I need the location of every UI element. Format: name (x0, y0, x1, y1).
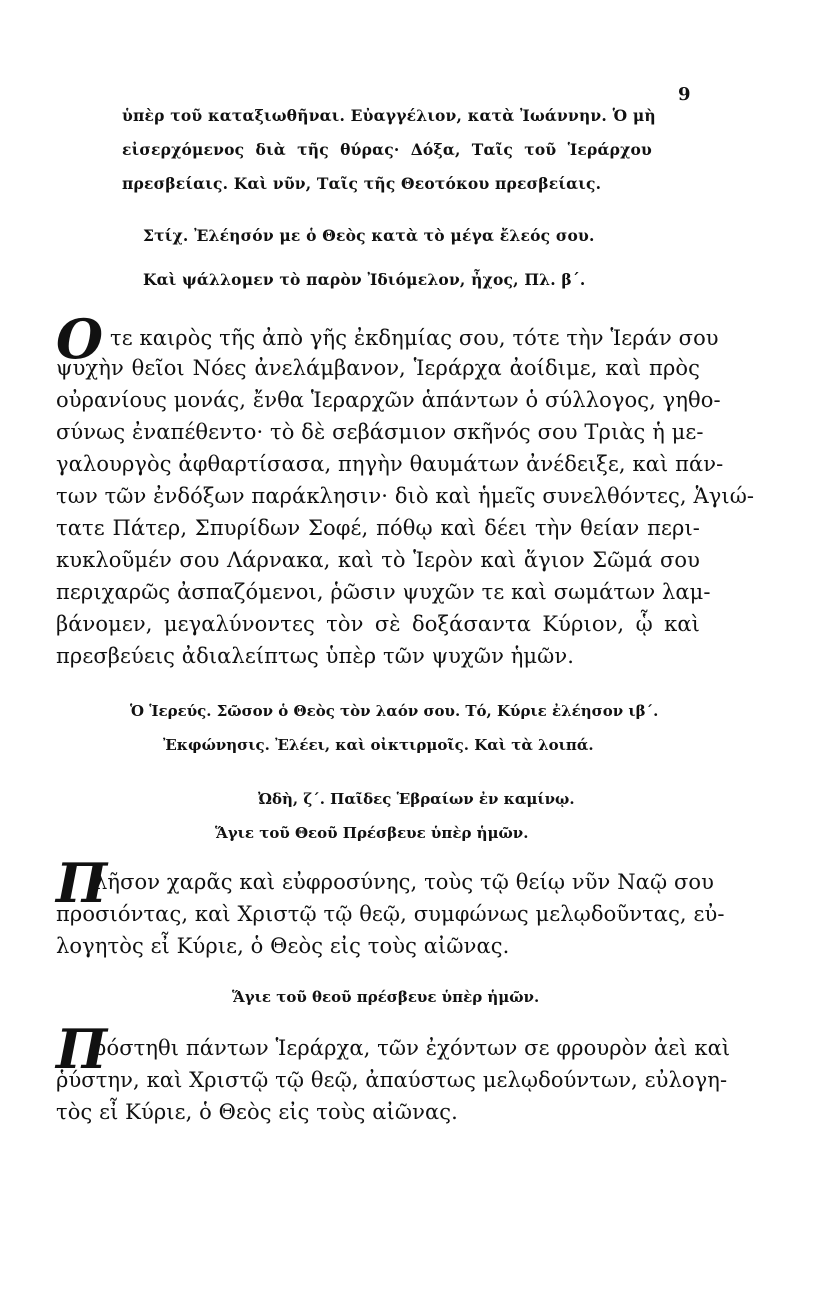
hymn3-line-1: ρόστηθι πάντων Ἱεράρχα, τῶν ἐχόντων σε φ… (94, 1036, 700, 1060)
hymn2-line-1: λῆσον χαρᾶς καὶ εὐφροσύνης, τοὺς τῷ θείῳ… (94, 870, 700, 894)
hymn2-line-3: λογητὸς εἶ Κύριε, ὁ Θεὸς εἰς τοὺς αἰῶνας… (56, 934, 509, 958)
hymn1-line-1: τε καιρὸς τῆς ἀπὸ γῆς ἐκδημίας σου, τότε… (110, 326, 700, 350)
hymn1-line-8: κυκλοῦμέν σου Λάρνακα, καὶ τὸ Ἱερὸν καὶ … (56, 548, 700, 572)
hymn1-line-10: βάνομεν, μεγαλύνοντες τὸν σὲ δοξάσαντα Κ… (56, 612, 700, 636)
hymn1-line-7: τατε Πάτερ, Σπυρίδων Σοφέ, πόθῳ καὶ δέει… (56, 516, 700, 540)
refrain-2: Ἅγιε τοῦ θεοῦ πρέσβευε ὑπὲρ ἡμῶν. (232, 988, 539, 1006)
rubric-priest: Ὁ Ἱερεύς. Σῶσον ὁ Θεὸς τὸν λαόν σου. Τό,… (130, 702, 658, 720)
hymn3-line-3: τὸς εἶ Κύριε, ὁ Θεὸς εἰς τοὺς αἰῶνας. (56, 1100, 458, 1124)
hymn1-line-11: πρεσβεύεις ἀδιαλείπτως ὑπὲρ τῶν ψυχῶν ἡμ… (56, 644, 574, 668)
refrain-1: Ἅγιε τοῦ Θεοῦ Πρέσβευε ὑπὲρ ἡμῶν. (215, 824, 528, 842)
scanned-book-page: 9 ὑπὲρ τοῦ καταξιωθῆναι. Εὐαγγέλιον, κατ… (0, 0, 827, 1292)
hymn1-line-6: των τῶν ἐνδόξων παράκλησιν· διὸ καὶ ἡμεῖ… (56, 484, 700, 508)
top-block-line-3: πρεσβείαις. Καὶ νῦν, Ταῖς τῆς Θεοτόκου π… (122, 174, 601, 193)
idiomelon-line: Καὶ ψάλλομεν τὸ παρὸν Ἰδιόμελον, ἦχος, Π… (143, 270, 585, 289)
hymn1-line-2: ψυχὴν θεῖοι Νόες ἀνελάμβανον, Ἱεράρχα ἀο… (56, 356, 700, 380)
page-number: 9 (678, 84, 691, 105)
hymn2-line-2: προσιόντας, καὶ Χριστῷ τῷ θεῷ, συμφώνως … (56, 902, 700, 926)
verse-line: Στίχ. Ἐλέησόν με ὁ Θεὸς κατὰ τὸ μέγα ἔλε… (143, 226, 595, 245)
hymn1-line-4: σύνως ἐναπέθεντο· τὸ δὲ σεβάσμιον σκῆνός… (56, 420, 700, 444)
hymn3-line-2: ῥύστην, καὶ Χριστῷ τῷ θεῷ, ἀπαύστως μελῳ… (56, 1068, 700, 1092)
hymn1-line-5: γαλουργὸς ἀφθαρτίσασα, πηγὴν θαυμάτων ἀν… (56, 452, 700, 476)
ode-title: Ὠδὴ, ζ΄. Παῖδες Ἑβραίων ἐν καμίνῳ. (258, 790, 575, 808)
rubric-ekphonesis: Ἐκφώνησις. Ἐλέει, καὶ οἰκτιρμοῖς. Καὶ τὰ… (163, 736, 594, 754)
top-block-line-2: εἰσερχόμενος διὰ τῆς θύρας· Δόξα, Ταῖς τ… (122, 140, 652, 159)
top-block-line-1: ὑπὲρ τοῦ καταξιωθῆναι. Εὐαγγέλιον, κατὰ … (122, 106, 652, 125)
hymn1-line-3: οὐρανίους μονάς, ἔνθα Ἱεραρχῶν ἁπάντων ὁ… (56, 388, 700, 412)
hymn1-line-9: περιχαρῶς ἀσπαζόμενοι, ῥῶσιν ψυχῶν τε κα… (56, 580, 700, 604)
